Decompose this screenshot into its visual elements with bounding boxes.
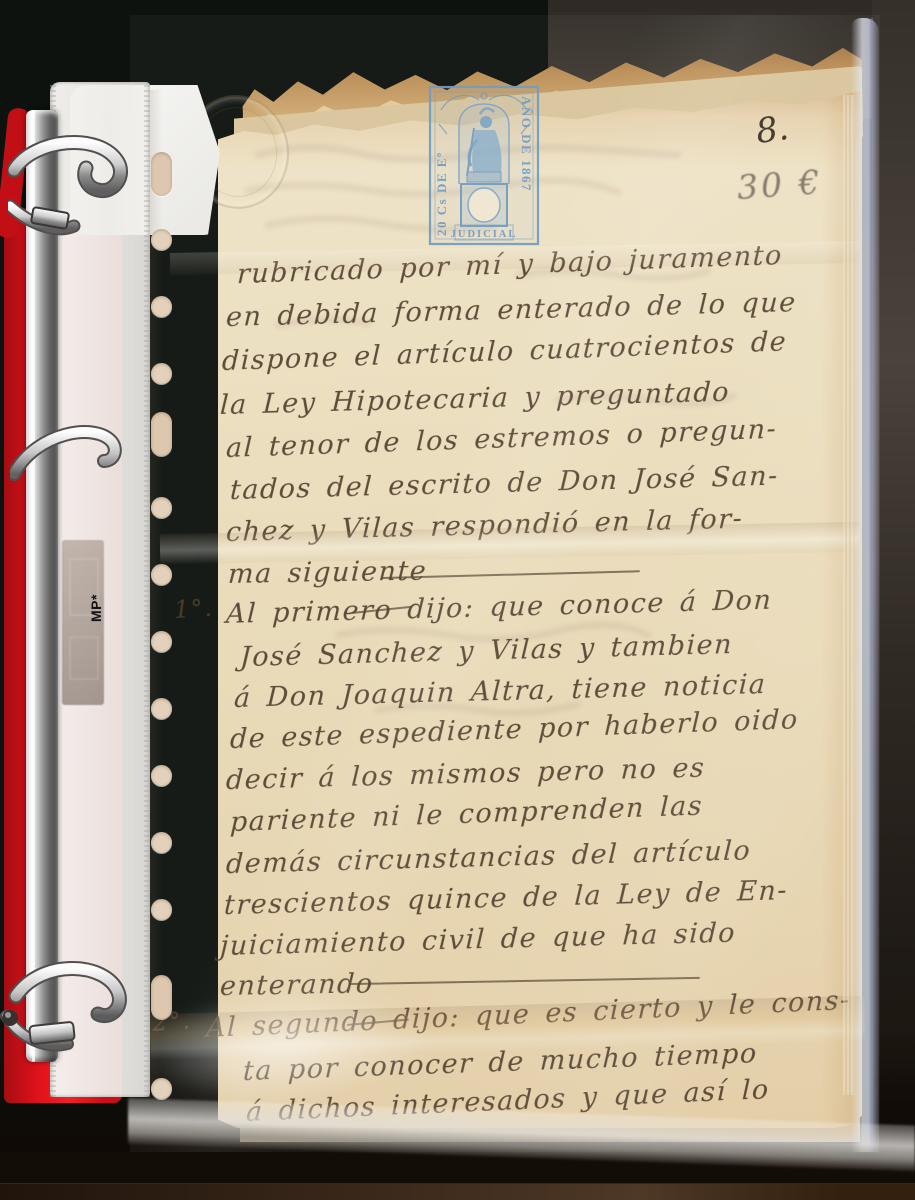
punch-hole	[151, 497, 172, 518]
sleeve-brand-label: MP*	[85, 568, 107, 648]
sleeve-serrated-edge	[144, 82, 150, 1097]
binder-ring-top	[8, 126, 138, 246]
punch-hole	[151, 229, 172, 250]
punch-hole	[151, 564, 172, 585]
punch-slot	[151, 412, 172, 456]
ink-numeral-mark: 8.	[753, 108, 791, 152]
plastic-glare-spot	[132, 980, 439, 1111]
stamp-pedestal	[467, 172, 501, 182]
wooden-table	[0, 1184, 915, 1200]
stamp-year-text: AÑO DE 1867	[519, 96, 534, 192]
punch-slot	[151, 152, 172, 196]
punch-hole	[151, 765, 172, 786]
sheet-protector-edge	[851, 18, 879, 1158]
binder-ring-middle	[10, 414, 128, 494]
punch-hole	[151, 363, 172, 384]
photo-scene: 20 Cs DE Eº AÑO DE 1867 JUDICIAL 8. 30 €…	[0, 0, 915, 1200]
punch-hole	[151, 832, 172, 853]
paragraph-marker: 1°.	[173, 595, 214, 623]
stamp-value-text: 20 Cs DE Eº	[434, 151, 449, 236]
stamp-judicial-text: JUDICIAL	[451, 229, 518, 240]
binder-ring-bottom	[0, 950, 145, 1075]
pencil-price-mark: 30 €	[736, 162, 824, 207]
judicial-tax-stamp: 20 Cs DE Eº AÑO DE 1867 JUDICIAL	[427, 84, 541, 247]
binder-spine-bar	[26, 110, 58, 1062]
stamp-medallion	[468, 188, 500, 222]
punch-hole	[151, 296, 172, 317]
manuscript-line: ma siguiente	[227, 557, 428, 590]
punch-hole	[151, 631, 172, 652]
punch-hole	[151, 698, 172, 719]
punch-hole	[151, 899, 172, 920]
